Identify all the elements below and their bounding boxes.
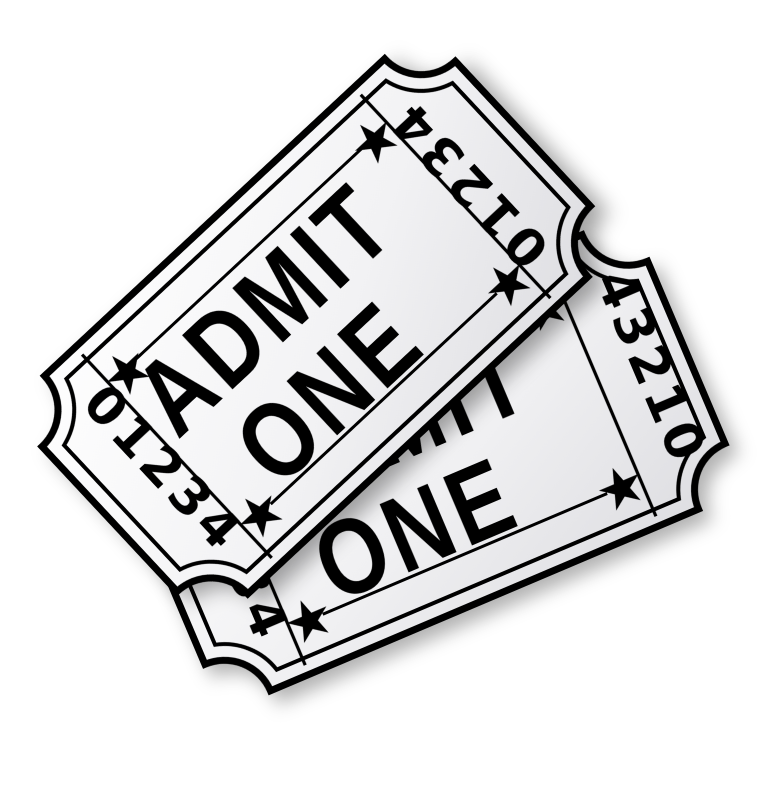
- illustration-two-admit-one-tickets: 01234 43210 ADMIT ONE ★ ★ ★ ★ 01234 0123…: [0, 0, 760, 800]
